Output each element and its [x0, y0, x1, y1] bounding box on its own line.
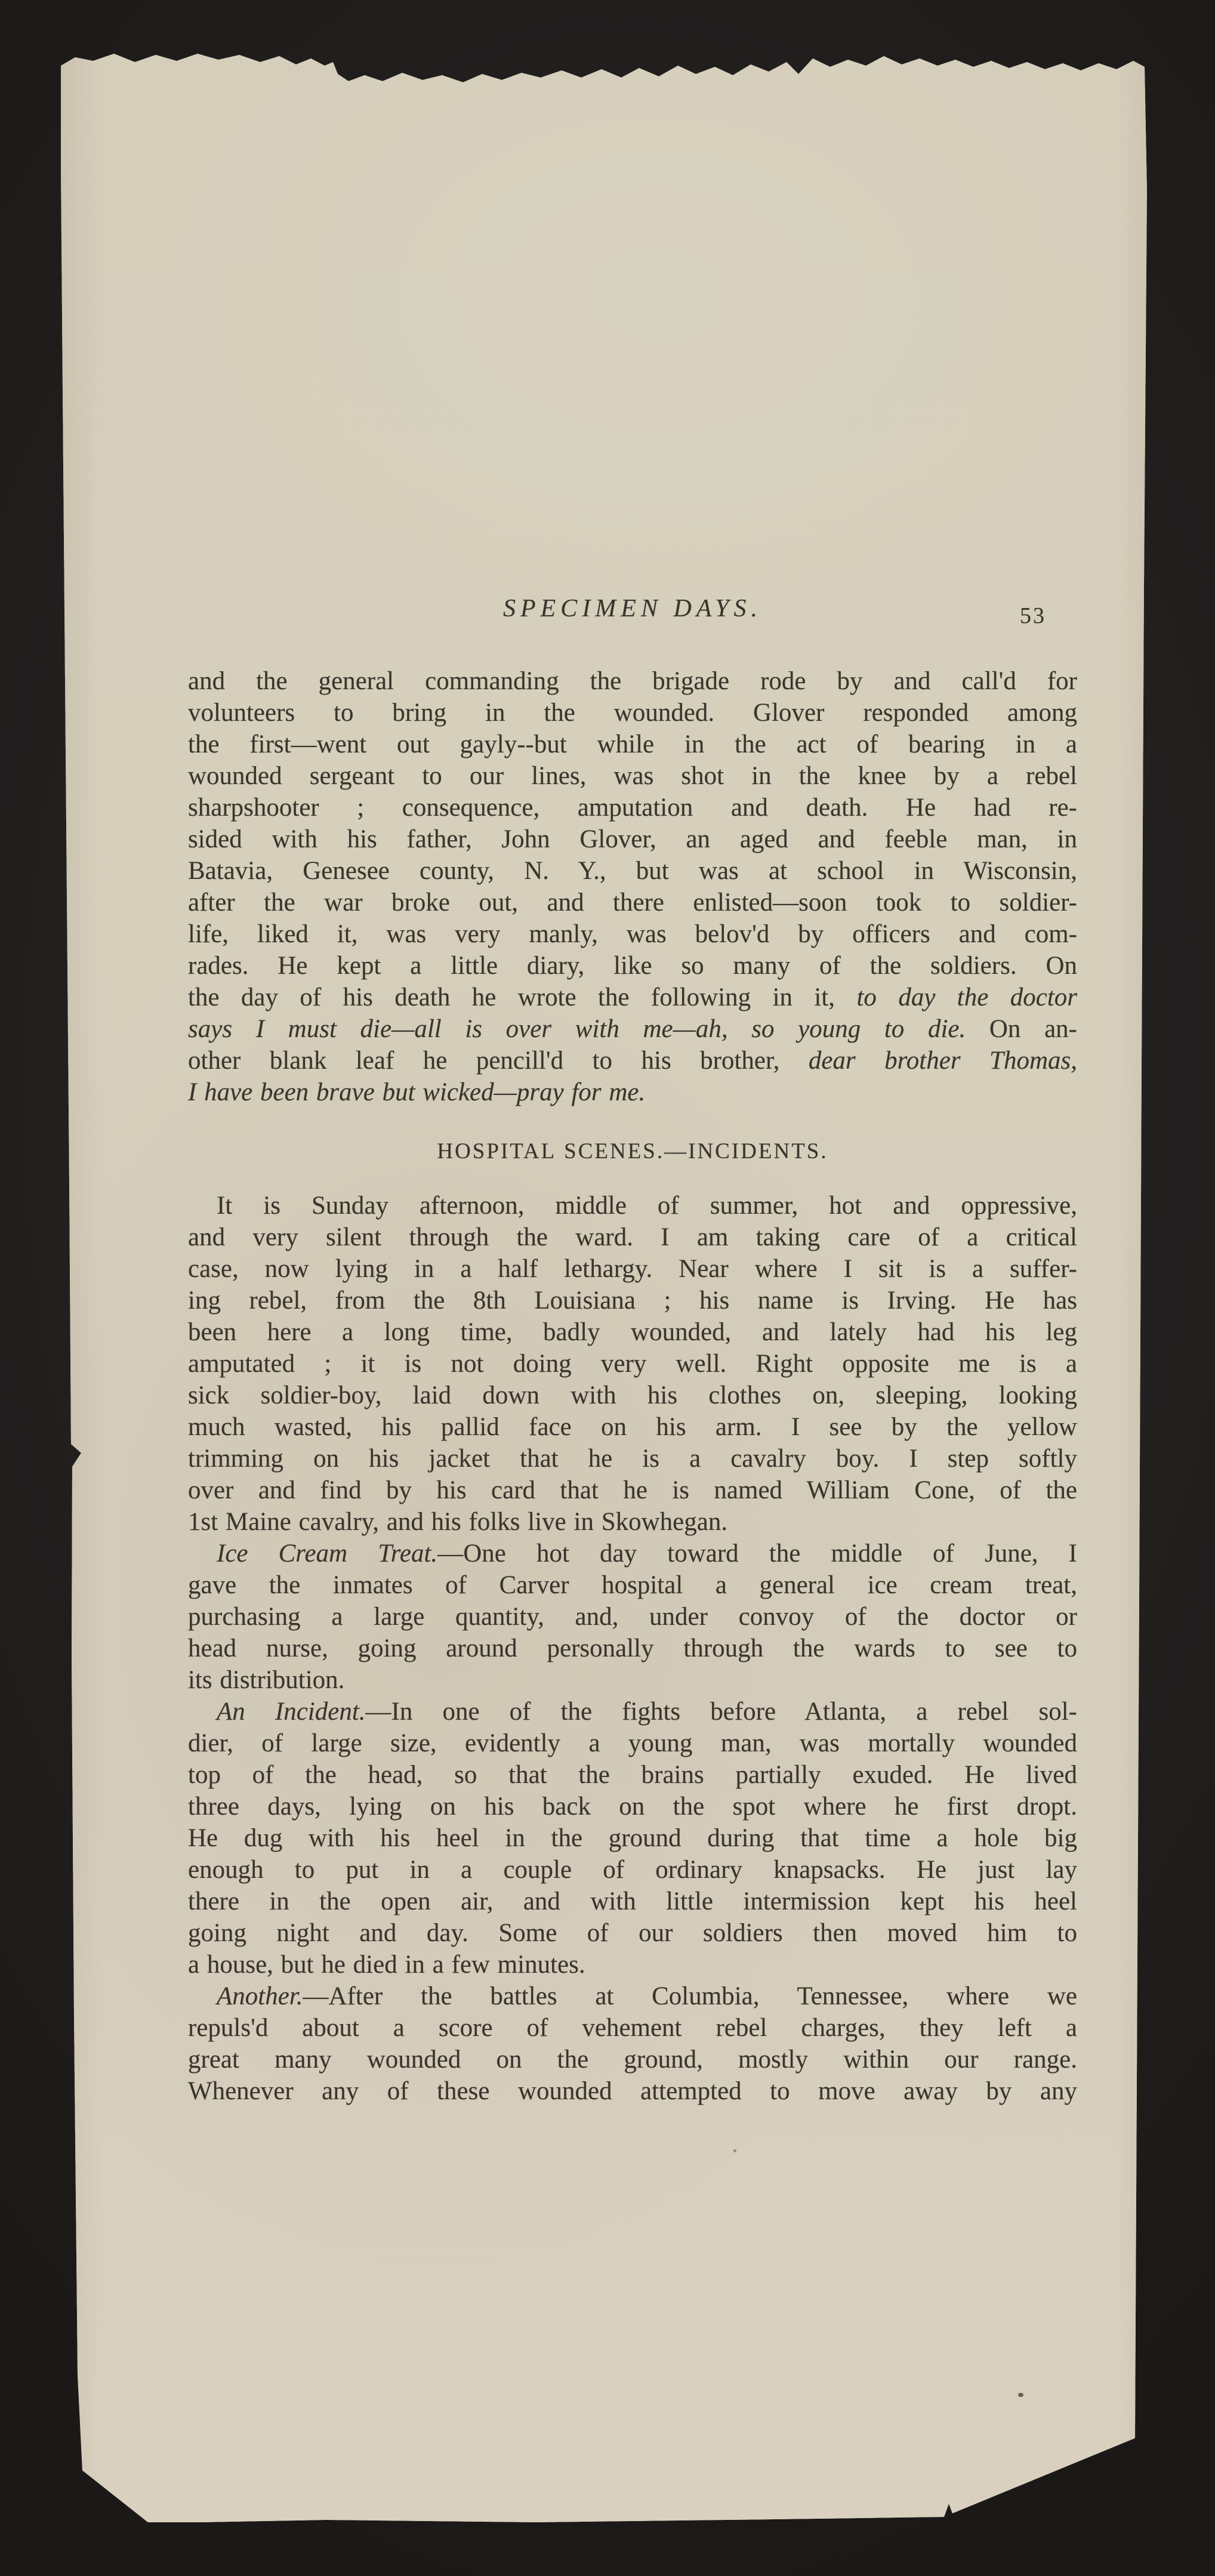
text-line: top of the head, so that the brains part… [188, 1759, 1077, 1791]
text-line: going night and day. Some of our soldier… [188, 1917, 1077, 1949]
text-line: It is Sunday afternoon, middle of summer… [188, 1190, 1077, 1221]
section-heading: HOSPITAL SCENES.—INCIDENTS. [188, 1136, 1077, 1167]
running-head-title: SPECIMEN DAYS. [188, 594, 1077, 623]
text-line: life, liked it, was very manly, was belo… [188, 918, 1077, 950]
text-line: gave the inmates of Carver hospital a ge… [188, 1569, 1077, 1601]
text-line: been here a long time, badly wounded, an… [188, 1316, 1077, 1348]
text-line: other blank leaf he pencill'd to his bro… [188, 1045, 1077, 1076]
running-head-row: SPECIMEN DAYS. 53 [188, 594, 1077, 636]
text-line: ing rebel, from the 8th Louisiana ; his … [188, 1285, 1077, 1316]
text-line: 1st Maine cavalry, and his folks live in… [188, 1506, 1077, 1538]
text-line: case, now lying in a half lethargy. Near… [188, 1253, 1077, 1285]
text-line: three days, lying on his back on the spo… [188, 1791, 1077, 1822]
text-line: and the general commanding the brigade r… [188, 665, 1077, 697]
text-line: enough to put in a couple of ordinary kn… [188, 1854, 1077, 1886]
paper-speck [733, 2149, 736, 2152]
text-line: sharpshooter ; consequence, amputation a… [188, 792, 1077, 823]
text-line: a house, but he died in a few minutes. [188, 1949, 1077, 1980]
page-number: 53 [1020, 603, 1046, 629]
text-line: dier, of large size, evidently a young m… [188, 1727, 1077, 1759]
text-line: Whenever any of these wounded attempted … [188, 2075, 1077, 2107]
paper-speck [1018, 2393, 1023, 2397]
text-line: Ice Cream Treat.—One hot day toward the … [188, 1538, 1077, 1569]
text-line: great many wounded on the ground, mostly… [188, 2044, 1077, 2075]
text-line: volunteers to bring in the wounded. Glov… [188, 697, 1077, 729]
text-line: sided with his father, John Glover, an a… [188, 823, 1077, 855]
text-line: He dug with his heel in the ground durin… [188, 1822, 1077, 1854]
text-line: repuls'd about a score of vehement rebel… [188, 2012, 1077, 2044]
text-line: An Incident.—In one of the fights before… [188, 1696, 1077, 1727]
text-line: wounded sergeant to our lines, was shot … [188, 760, 1077, 792]
text-block: and the general commanding the brigade r… [188, 665, 1077, 2107]
text-line: says I must die—all is over with me—ah, … [188, 1013, 1077, 1045]
text-line: Batavia, Genesee county, N. Y., but was … [188, 855, 1077, 887]
text-line: purchasing a large quantity, and, under … [188, 1601, 1077, 1633]
text-line: Another.—After the battles at Columbia, … [188, 1980, 1077, 2012]
text-line: I have been brave but wicked—pray for me… [188, 1076, 1077, 1108]
text-line: amputated ; it is not doing very well. R… [188, 1348, 1077, 1380]
text-line: its distribution. [188, 1664, 1077, 1696]
text-line: trimming on his jacket that he is a cava… [188, 1443, 1077, 1474]
text-line: the first—went out gayly--but while in t… [188, 729, 1077, 760]
text-line: sick soldier-boy, laid down with his clo… [188, 1380, 1077, 1411]
text-line: after the war broke out, and there enlis… [188, 887, 1077, 918]
text-line: the day of his death he wrote the follow… [188, 982, 1077, 1013]
text-line: head nurse, going around personally thro… [188, 1633, 1077, 1664]
text-line: and very silent through the ward. I am t… [188, 1221, 1077, 1253]
text-line: much wasted, his pallid face on his arm.… [188, 1411, 1077, 1443]
text-line: over and find by his card that he is nam… [188, 1474, 1077, 1506]
text-line: there in the open air, and with little i… [188, 1886, 1077, 1917]
text-line: rades. He kept a little diary, like so m… [188, 950, 1077, 982]
page-paper: SPECIMEN DAYS. 53 and the general comman… [57, 48, 1149, 2525]
